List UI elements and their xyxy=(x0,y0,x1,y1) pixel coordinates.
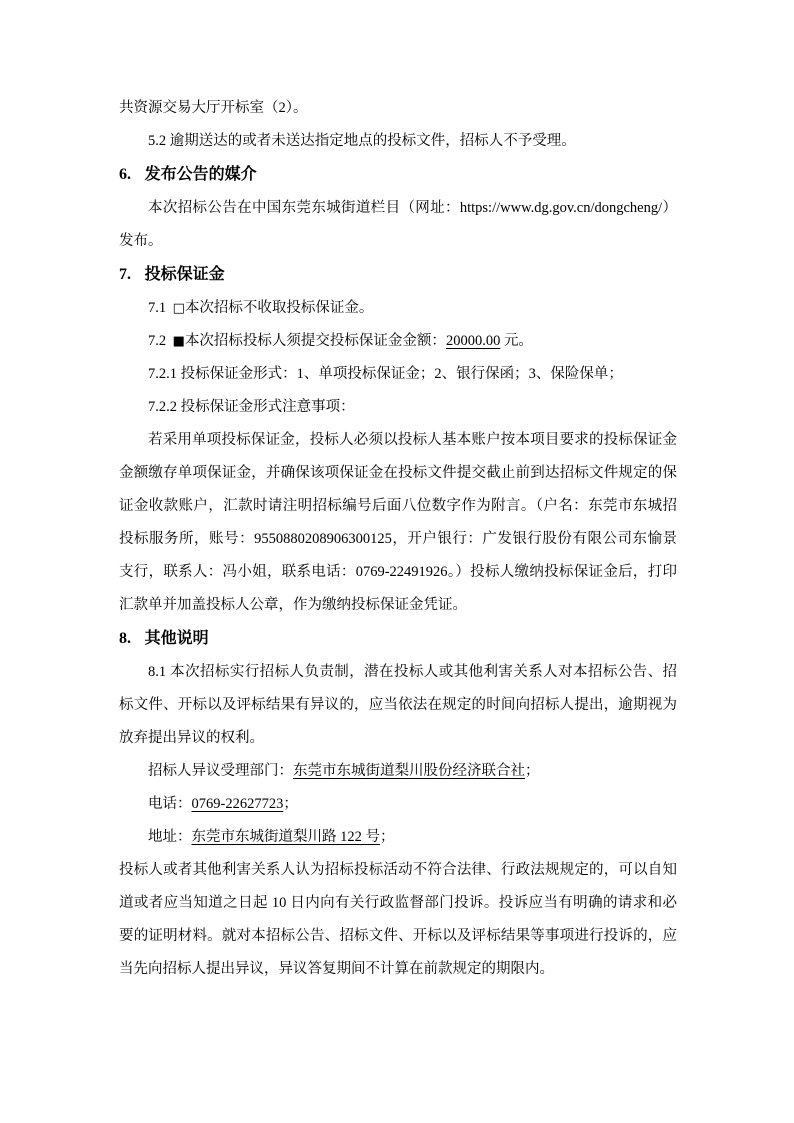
document-page: 共资源交易大厅开标室（2）。 5.2 逾期送达的或者未送达指定地点的投标文件，招… xyxy=(0,0,794,1123)
section-6-paragraph: 本次招标公告在中国东莞东城街道栏目（网址：https://www.dg.gov.… xyxy=(119,192,677,258)
section-7-heading: 7.投标保证金 xyxy=(119,258,677,292)
clause-7-2-1: 7.2.1 投标保证金形式：1、单项投标保证金；2、银行保函；3、保险保单； xyxy=(119,358,677,391)
address-value: 东莞市东城街道梨川路 122 号 xyxy=(192,829,381,845)
section-7-title: 投标保证金 xyxy=(145,266,225,283)
address-line: 地址：东莞市东城街道梨川路 122 号； xyxy=(119,821,677,854)
section-6-heading: 6.发布公告的媒介 xyxy=(119,158,677,192)
section-7-number: 7. xyxy=(119,266,131,283)
objection-dept-suffix: ； xyxy=(525,763,540,779)
address-suffix: ； xyxy=(380,829,395,845)
section-8-number: 8. xyxy=(119,630,131,647)
phone-value: 0769-22627723 xyxy=(192,796,284,812)
phone-suffix: ； xyxy=(283,796,298,812)
clause-7-1: 7.1□本次招标不收取投标保证金。 xyxy=(119,292,677,325)
complaint-paragraph: 投标人或者其他利害关系人认为招标投标活动不符合法律、行政法规规定的，可以自知道或… xyxy=(119,854,677,986)
objection-dept-label: 招标人异议受理部门： xyxy=(148,763,293,779)
section-8-title: 其他说明 xyxy=(145,630,209,647)
objection-dept-value: 东莞市东城街道梨川股份经济联合社 xyxy=(293,763,525,779)
bid-bond-amount: 20000.00 xyxy=(446,333,500,349)
continuation-paragraph: 共资源交易大厅开标室（2）。 xyxy=(119,92,677,125)
clause-7-1-number: 7.1 xyxy=(148,300,166,316)
objection-dept-line: 招标人异议受理部门：东莞市东城街道梨川股份经济联合社； xyxy=(119,755,677,788)
checkbox-checked-icon: ■ xyxy=(173,334,185,349)
checkbox-unchecked-icon: □ xyxy=(173,301,185,316)
clause-7-1-text: 本次招标不收取投标保证金。 xyxy=(185,300,374,316)
section-6-number: 6. xyxy=(119,166,131,183)
clause-7-2-text-after: 元。 xyxy=(500,333,533,349)
section-8-heading: 8.其他说明 xyxy=(119,622,677,656)
clause-8-1: 8.1 本次招标实行招标人负责制，潜在投标人或其他利害关系人对本招标公告、招标文… xyxy=(119,656,677,755)
document-content: 共资源交易大厅开标室（2）。 5.2 逾期送达的或者未送达指定地点的投标文件，招… xyxy=(119,92,677,986)
clause-5-2: 5.2 逾期送达的或者未送达指定地点的投标文件，招标人不予受理。 xyxy=(119,125,677,158)
clause-7-2-text: 本次招标投标人须提交投标保证金金额： xyxy=(185,333,446,349)
clause-7-2: 7.2■本次招标投标人须提交投标保证金金额：20000.00 元。 xyxy=(119,325,677,358)
clause-7-2-2: 7.2.2 投标保证金形式注意事项： xyxy=(119,391,677,424)
phone-line: 电话：0769-22627723； xyxy=(119,788,677,821)
phone-label: 电话： xyxy=(148,796,192,812)
section-6-title: 发布公告的媒介 xyxy=(145,166,257,183)
bond-note-paragraph: 若采用单项投标保证金，投标人必须以投标人基本账户按本项目要求的投标保证金金额缴存… xyxy=(119,424,677,622)
clause-7-2-number: 7.2 xyxy=(148,333,166,349)
address-label: 地址： xyxy=(148,829,192,845)
